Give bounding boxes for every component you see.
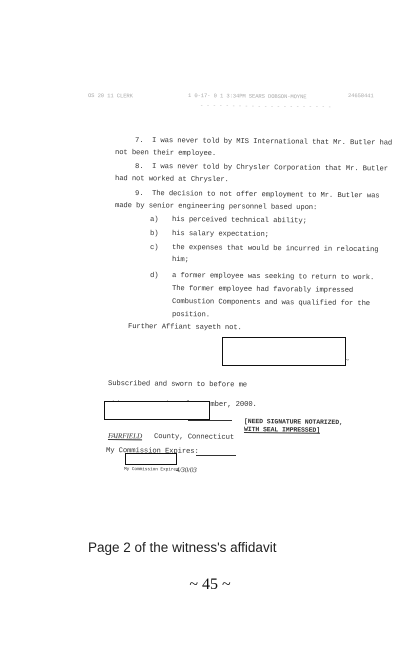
subscribed-line: Subscribed and sworn to before me — [108, 380, 247, 389]
list-item-c-marker: c) — [150, 244, 159, 252]
paragraph-9-line2: made by senior engineering personnel bas… — [115, 202, 317, 212]
commission-stamp-text: My Commission Expires — [124, 467, 179, 473]
paragraph-7-line2: not been their employee. — [115, 149, 216, 158]
fax-header-left: OS 20 11 CLERK — [88, 92, 133, 99]
county-suffix: County, Connecticut — [154, 433, 234, 442]
page-number: ~ 45 ~ — [0, 576, 420, 594]
fax-header-second-line: - - - - - - - - - - - - - - - - - - - - … — [200, 102, 331, 110]
closing-statement: Further Affiant sayeth not. — [128, 323, 242, 332]
redacted-notary-signature — [104, 401, 210, 420]
list-item-a-text: his perceived technical ability; — [172, 216, 307, 225]
commission-line — [196, 455, 236, 456]
handwritten-county: FAIRFIELD — [108, 432, 142, 440]
list-item-c-line1: the expenses that would be incurred in r… — [172, 244, 379, 254]
list-item-d-marker: d) — [150, 272, 159, 280]
paragraph-8-number: 8. — [135, 163, 144, 171]
scanned-affidavit-page: OS 20 11 CLERK 1 0-17- 0 1 3:34PM SEARS … — [0, 0, 420, 520]
list-item-d-line1: a former employee was seeking to return … — [172, 272, 374, 282]
figure-caption: Page 2 of the witness's affidavit — [88, 540, 276, 555]
paragraph-9-line1: The decision to not offer employment to … — [152, 190, 380, 200]
list-item-d-line3: Combustion Components and was qualified … — [172, 298, 370, 308]
instruction-line2: WITH SEAL IMPRESSED] — [244, 426, 320, 434]
instruction-line1: [NEED SIGNATURE NOTARIZED, — [244, 418, 343, 426]
paragraph-7-number: 7. — [135, 137, 144, 145]
notary-signature-line — [188, 420, 232, 421]
list-item-c-line2: him; — [172, 256, 189, 264]
paragraph-8-line2: had not worked at Chrysler. — [115, 175, 229, 184]
paragraph-8-line1: I was never told by Chrysler Corporation… — [152, 163, 388, 173]
list-item-b-marker: b) — [150, 230, 159, 238]
list-item-d-line4: position. — [172, 311, 210, 319]
list-item-b-text: his salary expectation; — [172, 230, 269, 239]
paragraph-7-line1: I was never told by MIS International th… — [152, 137, 392, 148]
list-item-a-marker: a) — [150, 216, 159, 224]
fax-header-right: 24658441 — [348, 92, 374, 99]
list-item-d-line2: The former employee had favorably impres… — [172, 285, 353, 295]
paragraph-9-number: 9. — [135, 190, 144, 198]
redacted-affiant-signature — [222, 337, 346, 366]
fax-header-center: 1 0-17- 0 1 3:34PM SEARS DOBSON-MOYNE — [188, 92, 306, 100]
signature-tail-mark: ~ — [345, 356, 349, 364]
commission-stamp-date: 4/30/03 — [176, 466, 197, 474]
redacted-notary-name — [125, 453, 177, 465]
